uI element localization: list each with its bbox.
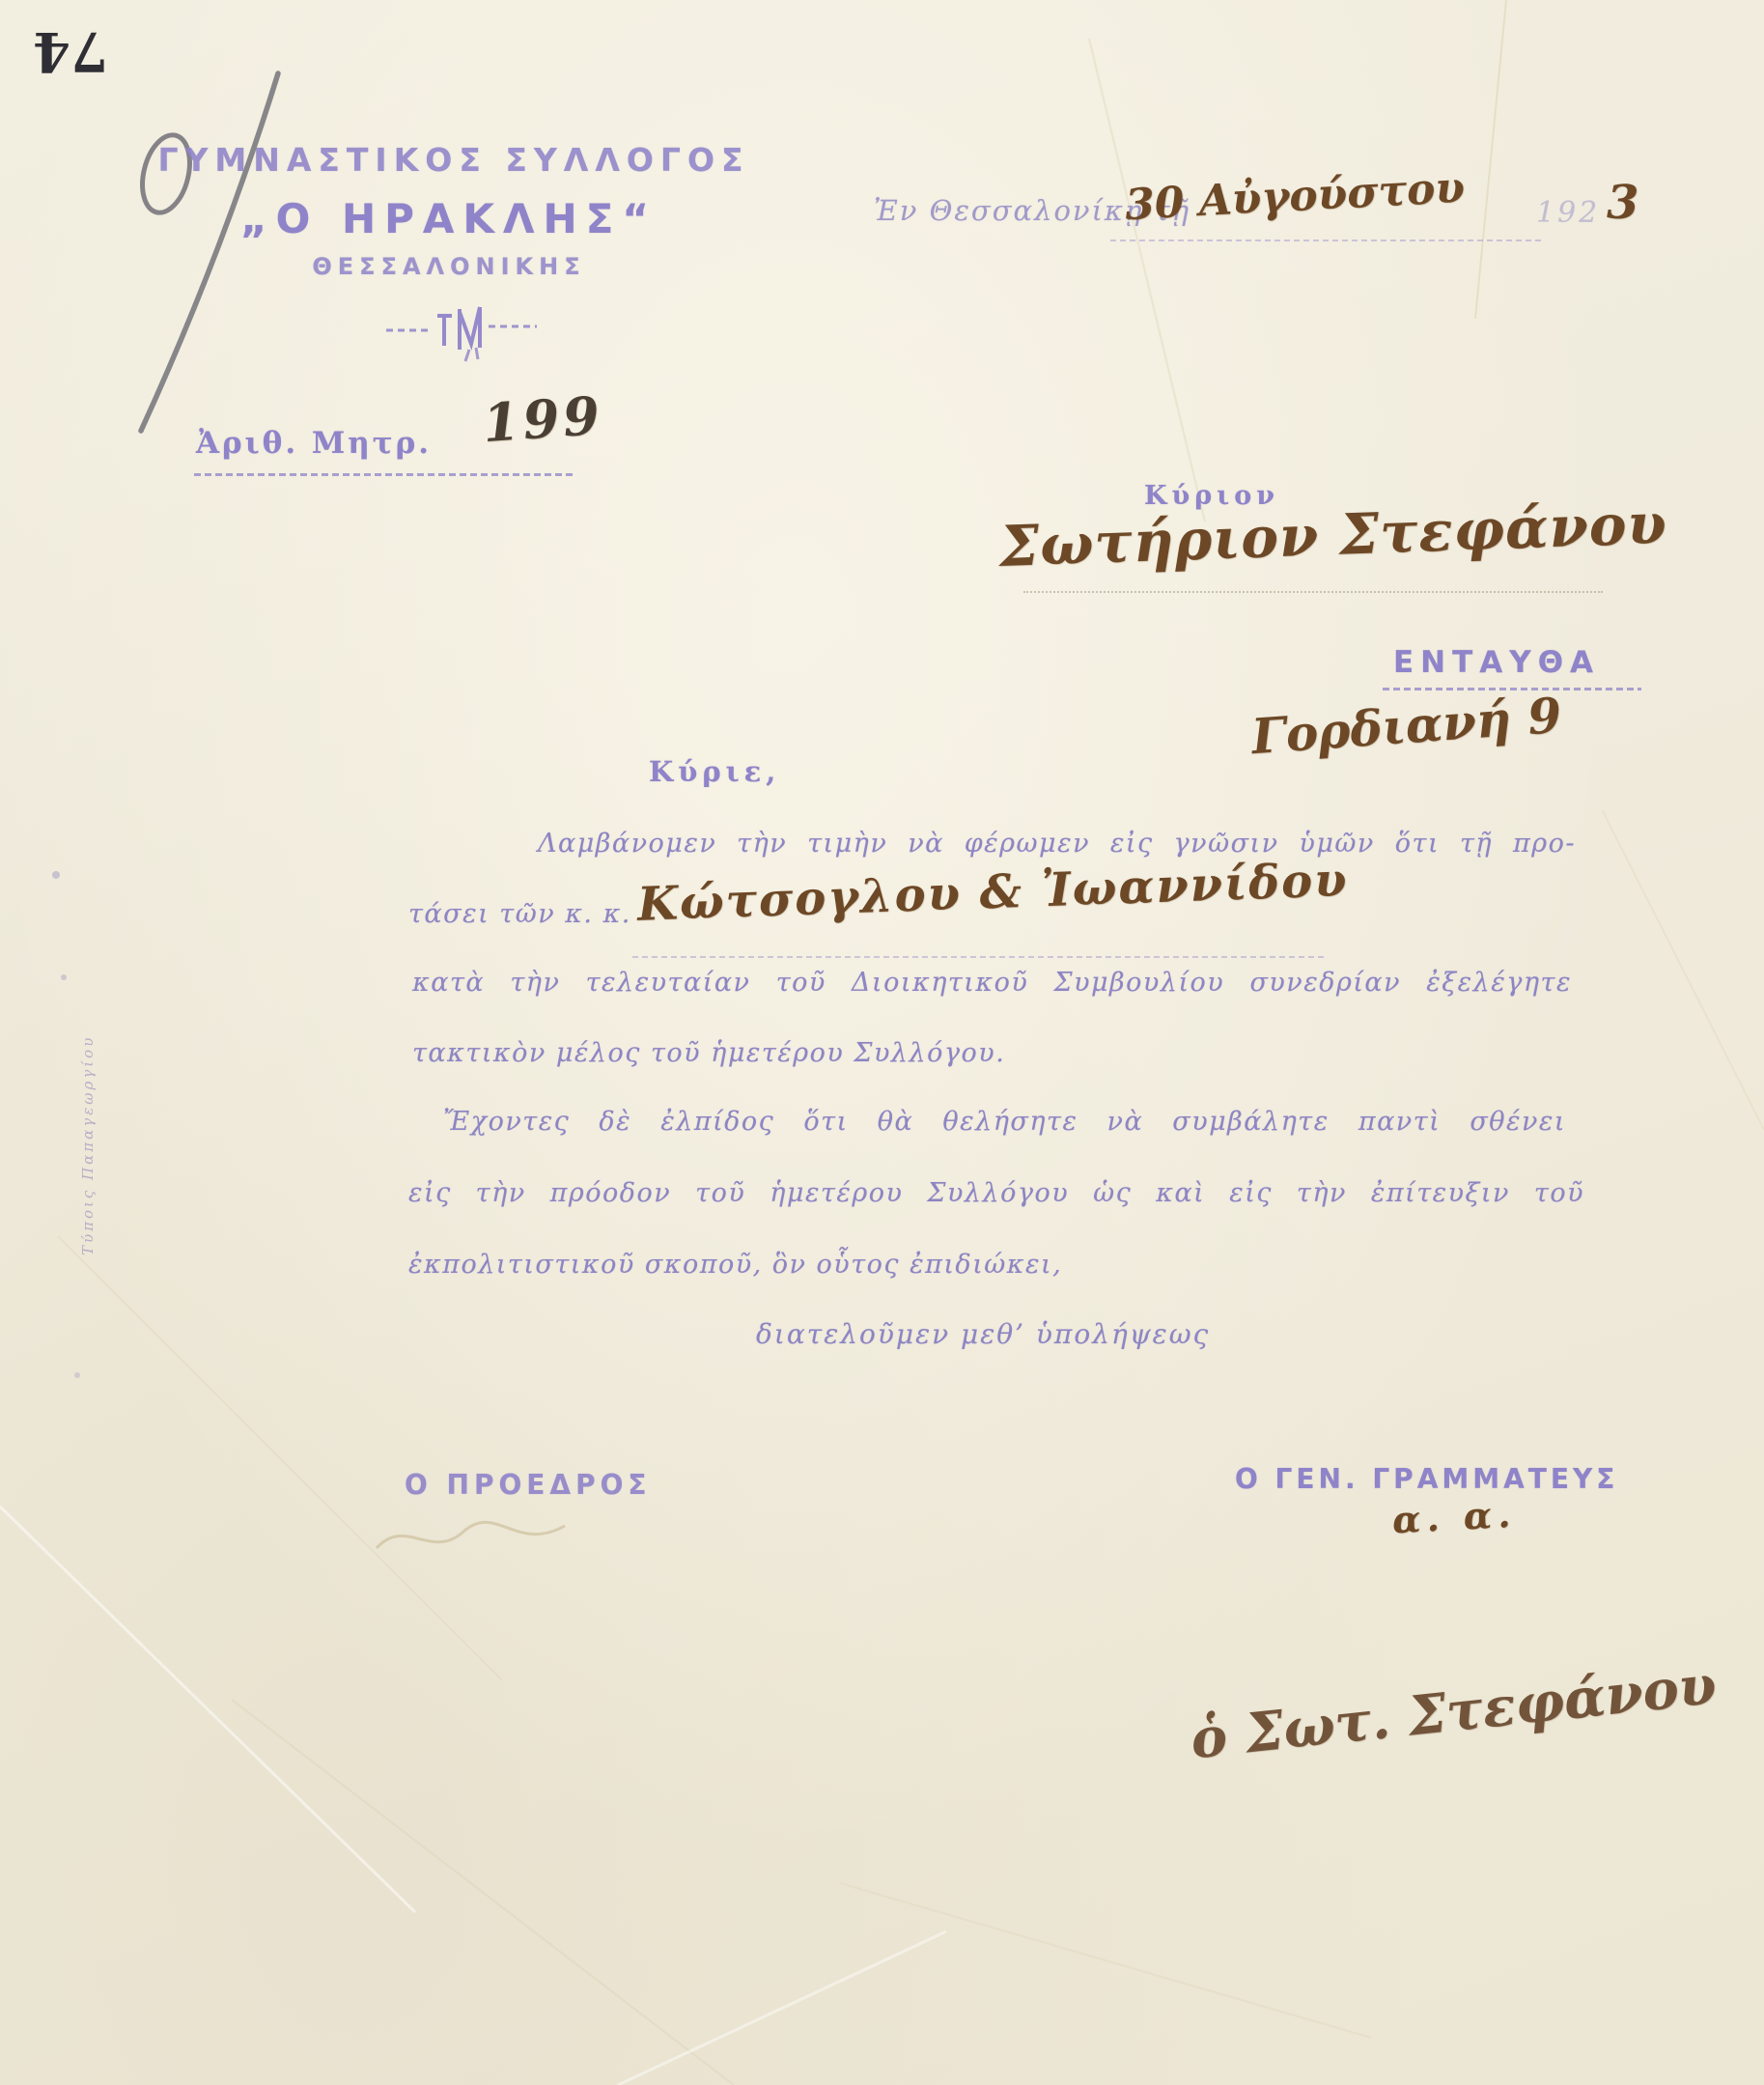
secretary-label: Ο ΓΕΝ. ΓΡΑΜΜΑΤΕΥΣ	[1235, 1463, 1618, 1495]
recipient-location: ΕΝΤΑΥΘΑ	[1393, 645, 1600, 680]
body-line-6: εἰς τὴν πρόοδον τοῦ ἡμετέρου Συλλόγου ὡς…	[408, 1178, 1584, 1208]
president-faint-scribble	[372, 1505, 574, 1572]
body-line-3: κατὰ τὴν τελευταίαν τοῦ Διοικητικοῦ Συμβ…	[412, 968, 1572, 998]
registry-label: Ἀριθ. Μητρ.	[196, 426, 432, 461]
salutation: Κύριε,	[649, 755, 780, 788]
body-line-7: ἐκπολιτιστικοῦ σκοποῦ, ὃν οὗτος ἐπιδιώκε…	[408, 1250, 1062, 1280]
scanned-letter-page: 74 ΓΥΜΝΑΣΤΙΚΟΣ ΣΥΛΛΟΓΟΣ „Ο ΗΡΑΚΛΗΣ“ ΘΕΣΣ…	[0, 0, 1764, 2085]
dateline-handwritten-year-digit: 3	[1607, 176, 1638, 230]
letterhead-city: ΘΕΣΣΑΛΟΝΙΚΗΣ	[179, 253, 719, 280]
body-line-2-rule	[632, 956, 1326, 958]
dateline-printed-year: 192	[1536, 196, 1600, 230]
dateline-rule	[1110, 239, 1545, 241]
club-emblem-icon	[384, 299, 539, 367]
president-label: Ο ΠΡΟΕΔΡΟΣ	[405, 1469, 652, 1501]
body-line-5: Ἔχοντες δὲ ἐλπίδος ὅτι θὰ θελήσητε νὰ συ…	[443, 1107, 1566, 1137]
body-line-1: Λαμβάνομεν τὴν τιμὴν νὰ φέρωμεν εἰς γνῶσ…	[538, 829, 1576, 859]
letterhead-club-name: ΓΥΜΝΑΣΤΙΚΟΣ ΣΥΛΛΟΓΟΣ	[145, 141, 763, 179]
recipient-name-rule	[1023, 591, 1603, 593]
printer-credit: Τύποις Παπαγεωργίου	[79, 1004, 97, 1255]
registry-underline	[194, 473, 573, 476]
letterhead-club-title: „Ο ΗΡΑΚΛΗΣ“	[179, 195, 719, 242]
archive-number: 74	[17, 0, 124, 83]
body-line-4: τακτικὸν μέλος τοῦ ἡμετέρου Συλλόγου.	[412, 1038, 1005, 1068]
closing-phrase: διατελοῦμεν μεθ’ ὑπολήψεως	[756, 1318, 1210, 1350]
body-line-2-printed: τάσει τῶν κ. κ.	[408, 899, 631, 929]
secretary-initials-handwritten: α. α.	[1391, 1492, 1517, 1542]
registry-number-handwritten: 199	[481, 384, 605, 455]
